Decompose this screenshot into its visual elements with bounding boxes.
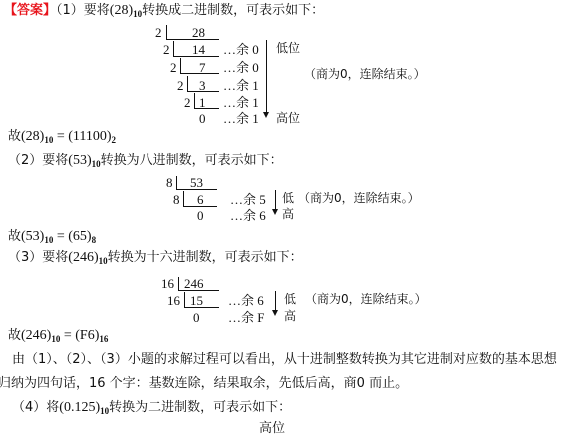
low-label: 低 bbox=[282, 191, 294, 206]
result-lhs: (53) bbox=[21, 229, 44, 244]
base-subscript: 16 bbox=[99, 334, 108, 344]
base-subscript: 10 bbox=[99, 256, 108, 266]
high-label: 高位 bbox=[276, 111, 300, 126]
dividend: 28 bbox=[192, 25, 205, 40]
division-bracket bbox=[194, 93, 219, 109]
equals: = bbox=[53, 229, 68, 244]
base-subscript: 8 bbox=[92, 235, 97, 245]
part2-result: 故(53)10 = (65)8 bbox=[8, 229, 96, 248]
number: (246) bbox=[68, 250, 98, 265]
base-subscript: 2 bbox=[112, 135, 117, 145]
end-note: （商为0，连除结束。） bbox=[298, 191, 420, 206]
quotient: 14 bbox=[192, 42, 205, 57]
intro-text: （1）要将 bbox=[56, 3, 110, 18]
quotient: 7 bbox=[199, 60, 206, 75]
base-subscript: 10 bbox=[100, 406, 109, 416]
arrow-down-icon bbox=[263, 112, 269, 118]
quotient: 3 bbox=[199, 78, 206, 93]
divisor: 8 bbox=[166, 175, 173, 190]
quotient: 6 bbox=[197, 192, 204, 207]
quotient: 15 bbox=[190, 293, 203, 308]
high-position-label: 高位 bbox=[259, 421, 285, 437]
direction-arrow-line bbox=[275, 190, 276, 211]
quotient: 0 bbox=[197, 208, 204, 223]
intro-text: （2）要将 bbox=[8, 153, 68, 168]
quotient: 0 bbox=[199, 111, 206, 126]
result-prefix: 故 bbox=[8, 328, 21, 343]
base-subscript: 10 bbox=[44, 135, 53, 145]
arrow-down-icon bbox=[272, 209, 278, 215]
base-subscript: 10 bbox=[51, 334, 60, 344]
intro-text: 转换成二进制数，可表示如下： bbox=[142, 3, 324, 18]
result-lhs: (246) bbox=[21, 328, 51, 343]
remainder: …余 1 bbox=[223, 111, 259, 126]
part3-result: 故(246)10 = (F6)16 bbox=[8, 328, 108, 347]
remainder: …余 1 bbox=[223, 78, 259, 93]
high-label: 高 bbox=[282, 207, 294, 222]
result-prefix: 故 bbox=[8, 129, 21, 144]
summary-line-2: 归纳为四句话，16 个字：基数连除，结果取余，先低后高，商0 而止。 bbox=[0, 376, 408, 392]
part2-intro: （2）要将(53)10转换为八进制数，可表示如下： bbox=[8, 153, 283, 172]
result-prefix: 故 bbox=[8, 229, 21, 244]
high-label: 高 bbox=[284, 309, 296, 324]
base-subscript: 10 bbox=[44, 235, 53, 245]
part1-intro: 【答案】（1）要将(28)10转换成二进制数，可表示如下： bbox=[4, 3, 324, 22]
number: (0.125) bbox=[59, 400, 100, 415]
result-rhs: (65) bbox=[68, 229, 91, 244]
remainder: …余 0 bbox=[223, 42, 259, 57]
divisor: 2 bbox=[155, 25, 162, 40]
intro-text: 转换为二进制数，可表示如下： bbox=[109, 400, 291, 415]
number: (28) bbox=[110, 3, 133, 18]
low-label: 低位 bbox=[276, 41, 300, 56]
quotient: 1 bbox=[199, 95, 206, 110]
end-note: （商为0，连除结束。） bbox=[304, 67, 426, 82]
part4-intro: （4）将(0.125)10转换为二进制数，可表示如下： bbox=[12, 400, 291, 419]
remainder: …余 6 bbox=[228, 293, 264, 308]
intro-text: 转换为十六进制数，可表示如下： bbox=[108, 250, 303, 265]
base-subscript: 10 bbox=[133, 9, 142, 19]
equals: = bbox=[60, 328, 75, 343]
remainder: …余 5 bbox=[230, 192, 266, 207]
divisor: 2 bbox=[177, 78, 184, 93]
dividend: 246 bbox=[184, 276, 204, 291]
part1-result: 故(28)10 = (11100)2 bbox=[8, 129, 116, 148]
remainder: …余 F bbox=[228, 310, 264, 325]
low-label: 低 bbox=[284, 292, 296, 307]
direction-arrow-line bbox=[266, 40, 267, 113]
number: (53) bbox=[68, 153, 91, 168]
divisor: 16 bbox=[161, 276, 174, 291]
equals: = bbox=[53, 129, 68, 144]
base-subscript: 10 bbox=[92, 159, 101, 169]
divisor: 16 bbox=[167, 293, 180, 308]
divisor: 2 bbox=[163, 42, 170, 57]
divisor: 8 bbox=[173, 192, 180, 207]
arrow-down-icon bbox=[272, 310, 278, 316]
remainder: …余 0 bbox=[223, 60, 259, 75]
quotient: 0 bbox=[193, 310, 200, 325]
intro-text: （4）将 bbox=[12, 400, 59, 415]
part3-intro: （3）要将(246)10转换为十六进制数，可表示如下： bbox=[8, 250, 303, 269]
intro-text: 转换为八进制数，可表示如下： bbox=[101, 153, 283, 168]
end-note: （商为0，连除结束。） bbox=[305, 292, 427, 307]
remainder: …余 6 bbox=[230, 208, 266, 223]
answer-tag: 【答案】 bbox=[4, 3, 56, 18]
summary-line-1: 由（1）、（2）、（3）小题的求解过程可以看出，从十进制整数转换为其它进制对应数… bbox=[12, 352, 557, 368]
result-lhs: (28) bbox=[21, 129, 44, 144]
divisor: 2 bbox=[170, 60, 177, 75]
result-rhs: (F6) bbox=[75, 328, 99, 343]
divisor: 2 bbox=[184, 95, 191, 110]
intro-text: （3）要将 bbox=[8, 250, 68, 265]
dividend: 53 bbox=[190, 175, 203, 190]
result-rhs: (11100) bbox=[68, 129, 111, 144]
remainder: …余 1 bbox=[223, 95, 259, 110]
direction-arrow-line bbox=[275, 291, 276, 312]
